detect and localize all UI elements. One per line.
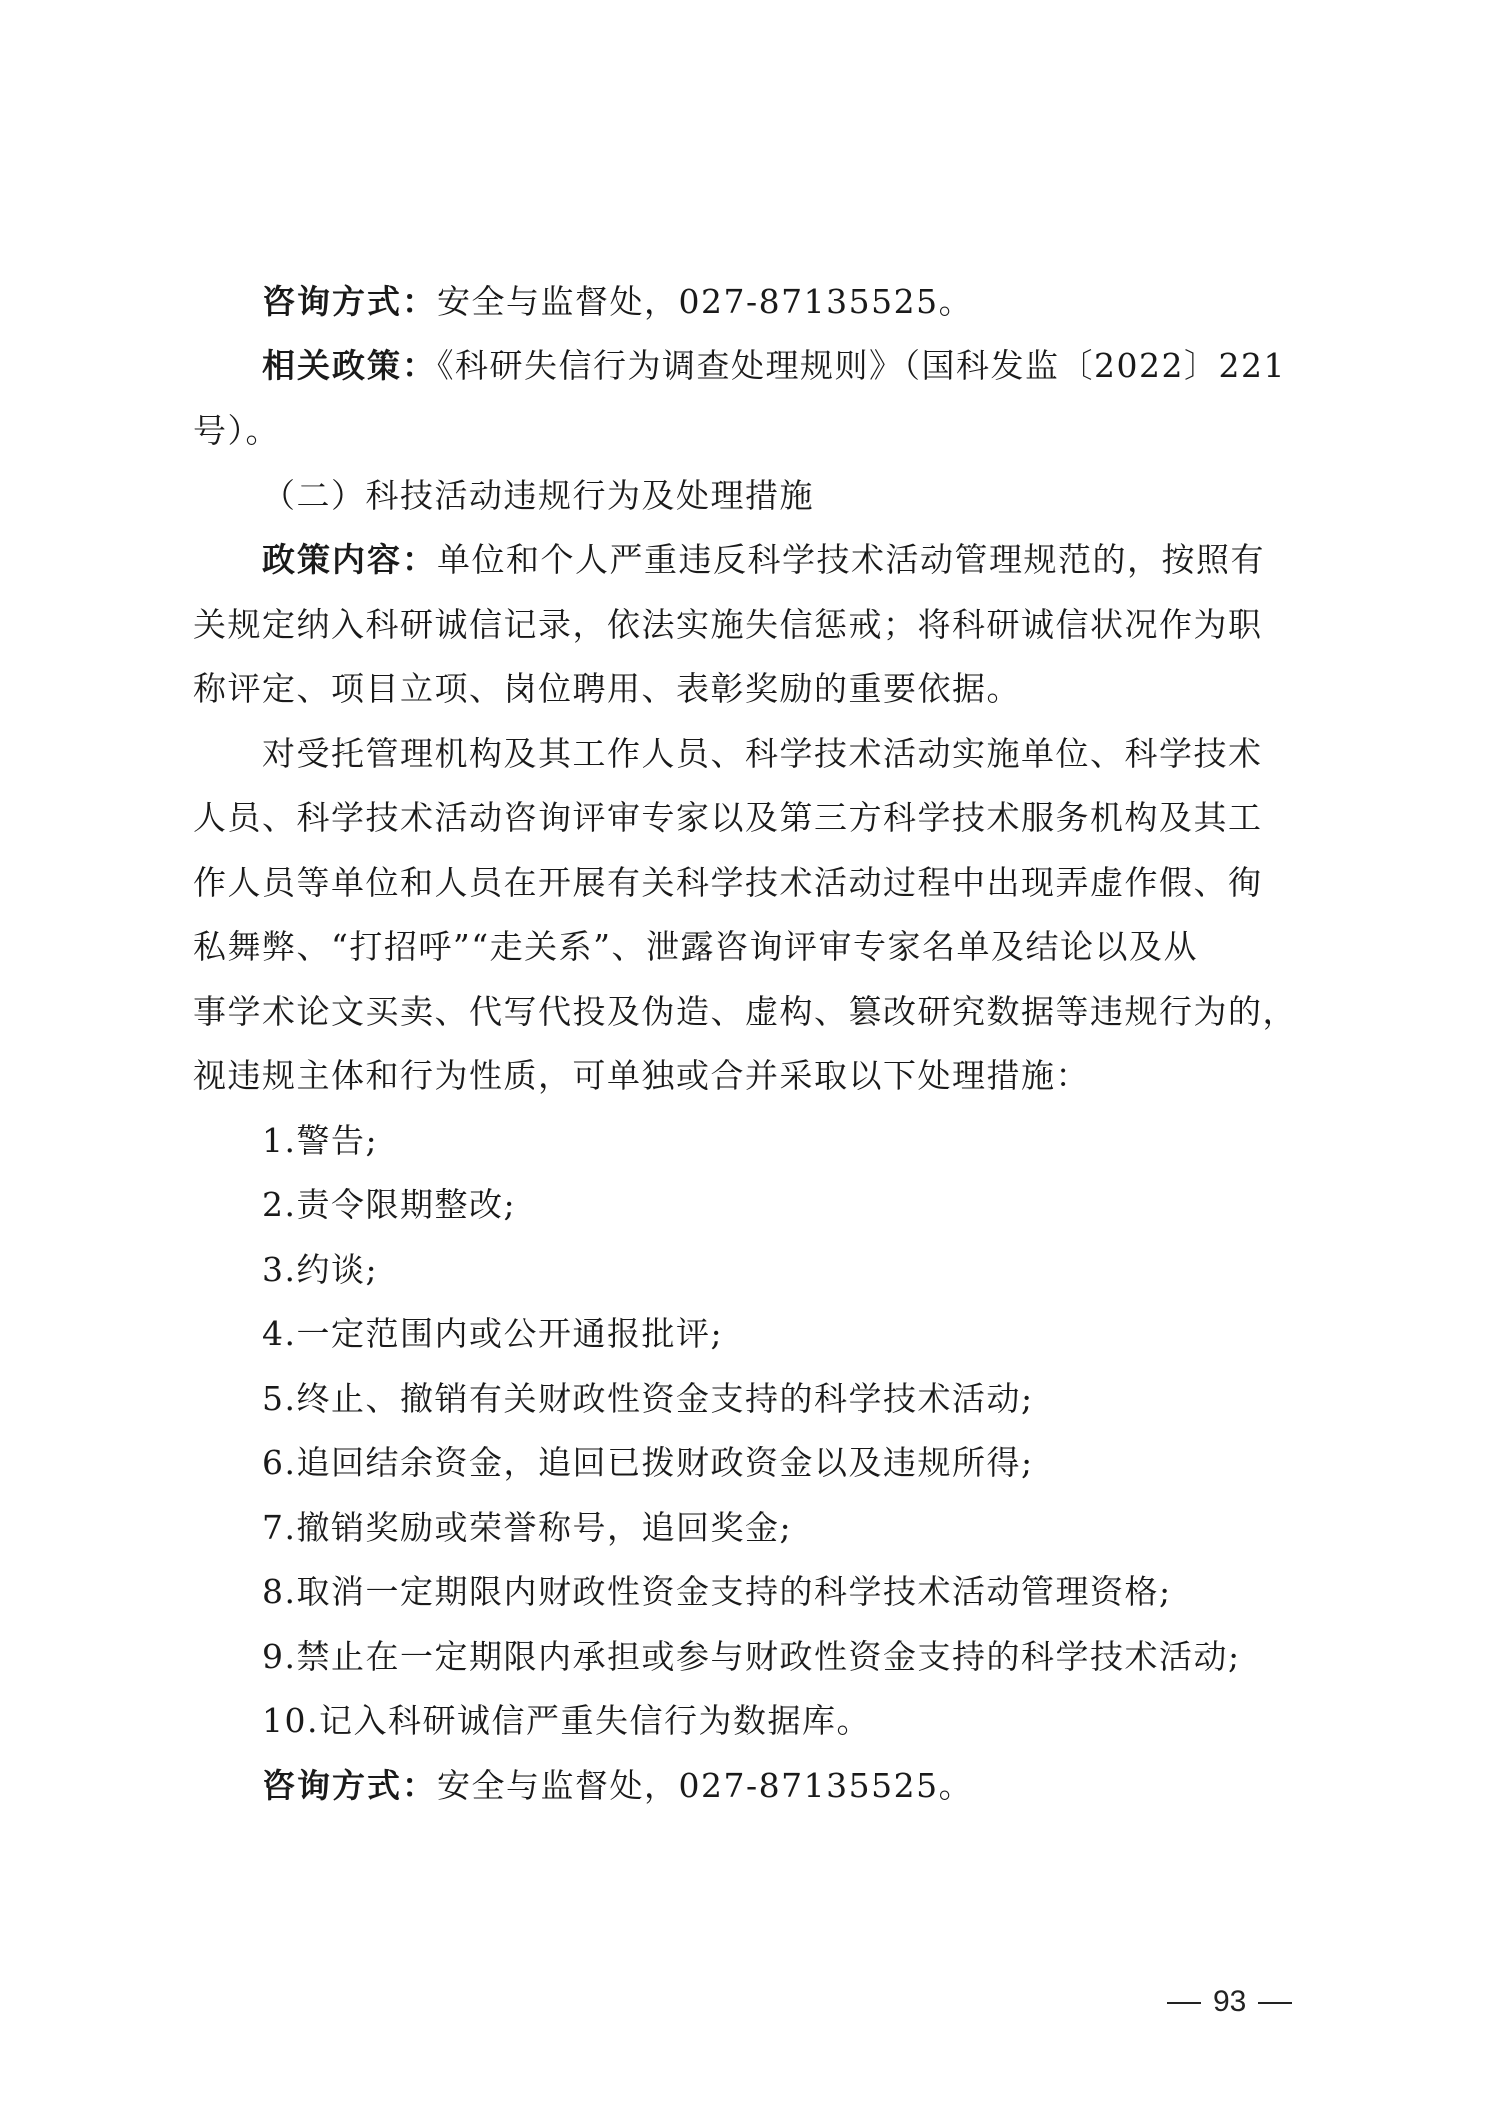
dash-left bbox=[1167, 2002, 1201, 2004]
related-policy-text: 《科研失信行为调查处理规则》（国科发监〔2022〕221 bbox=[437, 346, 1286, 385]
policy-content-line-3: 称评定、项目立项、岗位聘用、表彰奖励的重要依据。 bbox=[193, 669, 1293, 709]
measures-intro-line-3: 作人员等单位和人员在开展有关科学技术活动过程中出现弄虚作假、徇 bbox=[193, 863, 1293, 903]
measure-item: 7.撤销奖励或荣誉称号，追回奖金; bbox=[262, 1508, 1362, 1548]
policy-content-line-1: 政策内容：单位和个人严重违反科学技术活动管理规范的，按照有 bbox=[262, 540, 1362, 580]
policy-content-line-2: 关规定纳入科研诚信记录，依法实施失信惩戒；将科研诚信状况作为职 bbox=[193, 605, 1293, 645]
measure-item: 8.取消一定期限内财政性资金支持的科学技术活动管理资格; bbox=[262, 1572, 1362, 1612]
document-page: 咨询方式：安全与监督处，027-87135525。 相关政策：《科研失信行为调查… bbox=[0, 0, 1486, 2103]
policy-content-label: 政策内容： bbox=[262, 540, 437, 579]
measure-item: 1.警告; bbox=[262, 1121, 1362, 1161]
related-policy-continuation: 号）。 bbox=[193, 411, 1293, 451]
related-policy-line: 相关政策：《科研失信行为调查处理规则》（国科发监〔2022〕221 bbox=[262, 346, 1362, 386]
consult-label: 咨询方式： bbox=[262, 282, 437, 321]
consult-text: 安全与监督处，027-87135525。 bbox=[437, 282, 973, 321]
consult-line-1: 咨询方式：安全与监督处，027-87135525。 bbox=[262, 282, 1362, 322]
measure-item: 5.终止、撤销有关财政性资金支持的科学技术活动; bbox=[262, 1379, 1362, 1419]
page-number-value: 93 bbox=[1213, 1985, 1246, 2018]
measure-item: 4.一定范围内或公开通报批评; bbox=[262, 1314, 1362, 1354]
measures-intro-line-1: 对受托管理机构及其工作人员、科学技术活动实施单位、科学技术 bbox=[262, 734, 1362, 774]
measure-item: 10.记入科研诚信严重失信行为数据库。 bbox=[262, 1701, 1362, 1741]
section-heading: （二）科技活动违规行为及处理措施 bbox=[262, 476, 1362, 516]
measures-intro-line-5: 事学术论文买卖、代写代投及伪造、虚构、篡改研究数据等违规行为的， bbox=[193, 992, 1293, 1032]
dash-right bbox=[1258, 2002, 1292, 2004]
measure-item: 9.禁止在一定期限内承担或参与财政性资金支持的科学技术活动; bbox=[262, 1637, 1362, 1677]
measures-intro-line-2: 人员、科学技术活动咨询评审专家以及第三方科学技术服务机构及其工 bbox=[193, 798, 1293, 838]
consult-line-2: 咨询方式：安全与监督处，027-87135525。 bbox=[262, 1766, 1362, 1806]
consult-text: 安全与监督处，027-87135525。 bbox=[437, 1766, 973, 1805]
measures-intro-line-6: 视违规主体和行为性质，可单独或合并采取以下处理措施： bbox=[193, 1056, 1293, 1096]
measures-intro-line-4: 私舞弊、“打招呼”“走关系”、泄露咨询评审专家名单及结论以及从 bbox=[193, 927, 1293, 967]
measure-item: 6.追回结余资金，追回已拨财政资金以及违规所得; bbox=[262, 1443, 1362, 1483]
policy-content-text: 单位和个人严重违反科学技术活动管理规范的，按照有 bbox=[437, 540, 1265, 579]
page-number: 93 bbox=[1155, 1985, 1304, 2019]
measure-item: 2.责令限期整改; bbox=[262, 1185, 1362, 1225]
consult-label: 咨询方式： bbox=[262, 1766, 437, 1805]
related-policy-label: 相关政策： bbox=[262, 346, 437, 385]
measure-item: 3.约谈; bbox=[262, 1250, 1362, 1290]
